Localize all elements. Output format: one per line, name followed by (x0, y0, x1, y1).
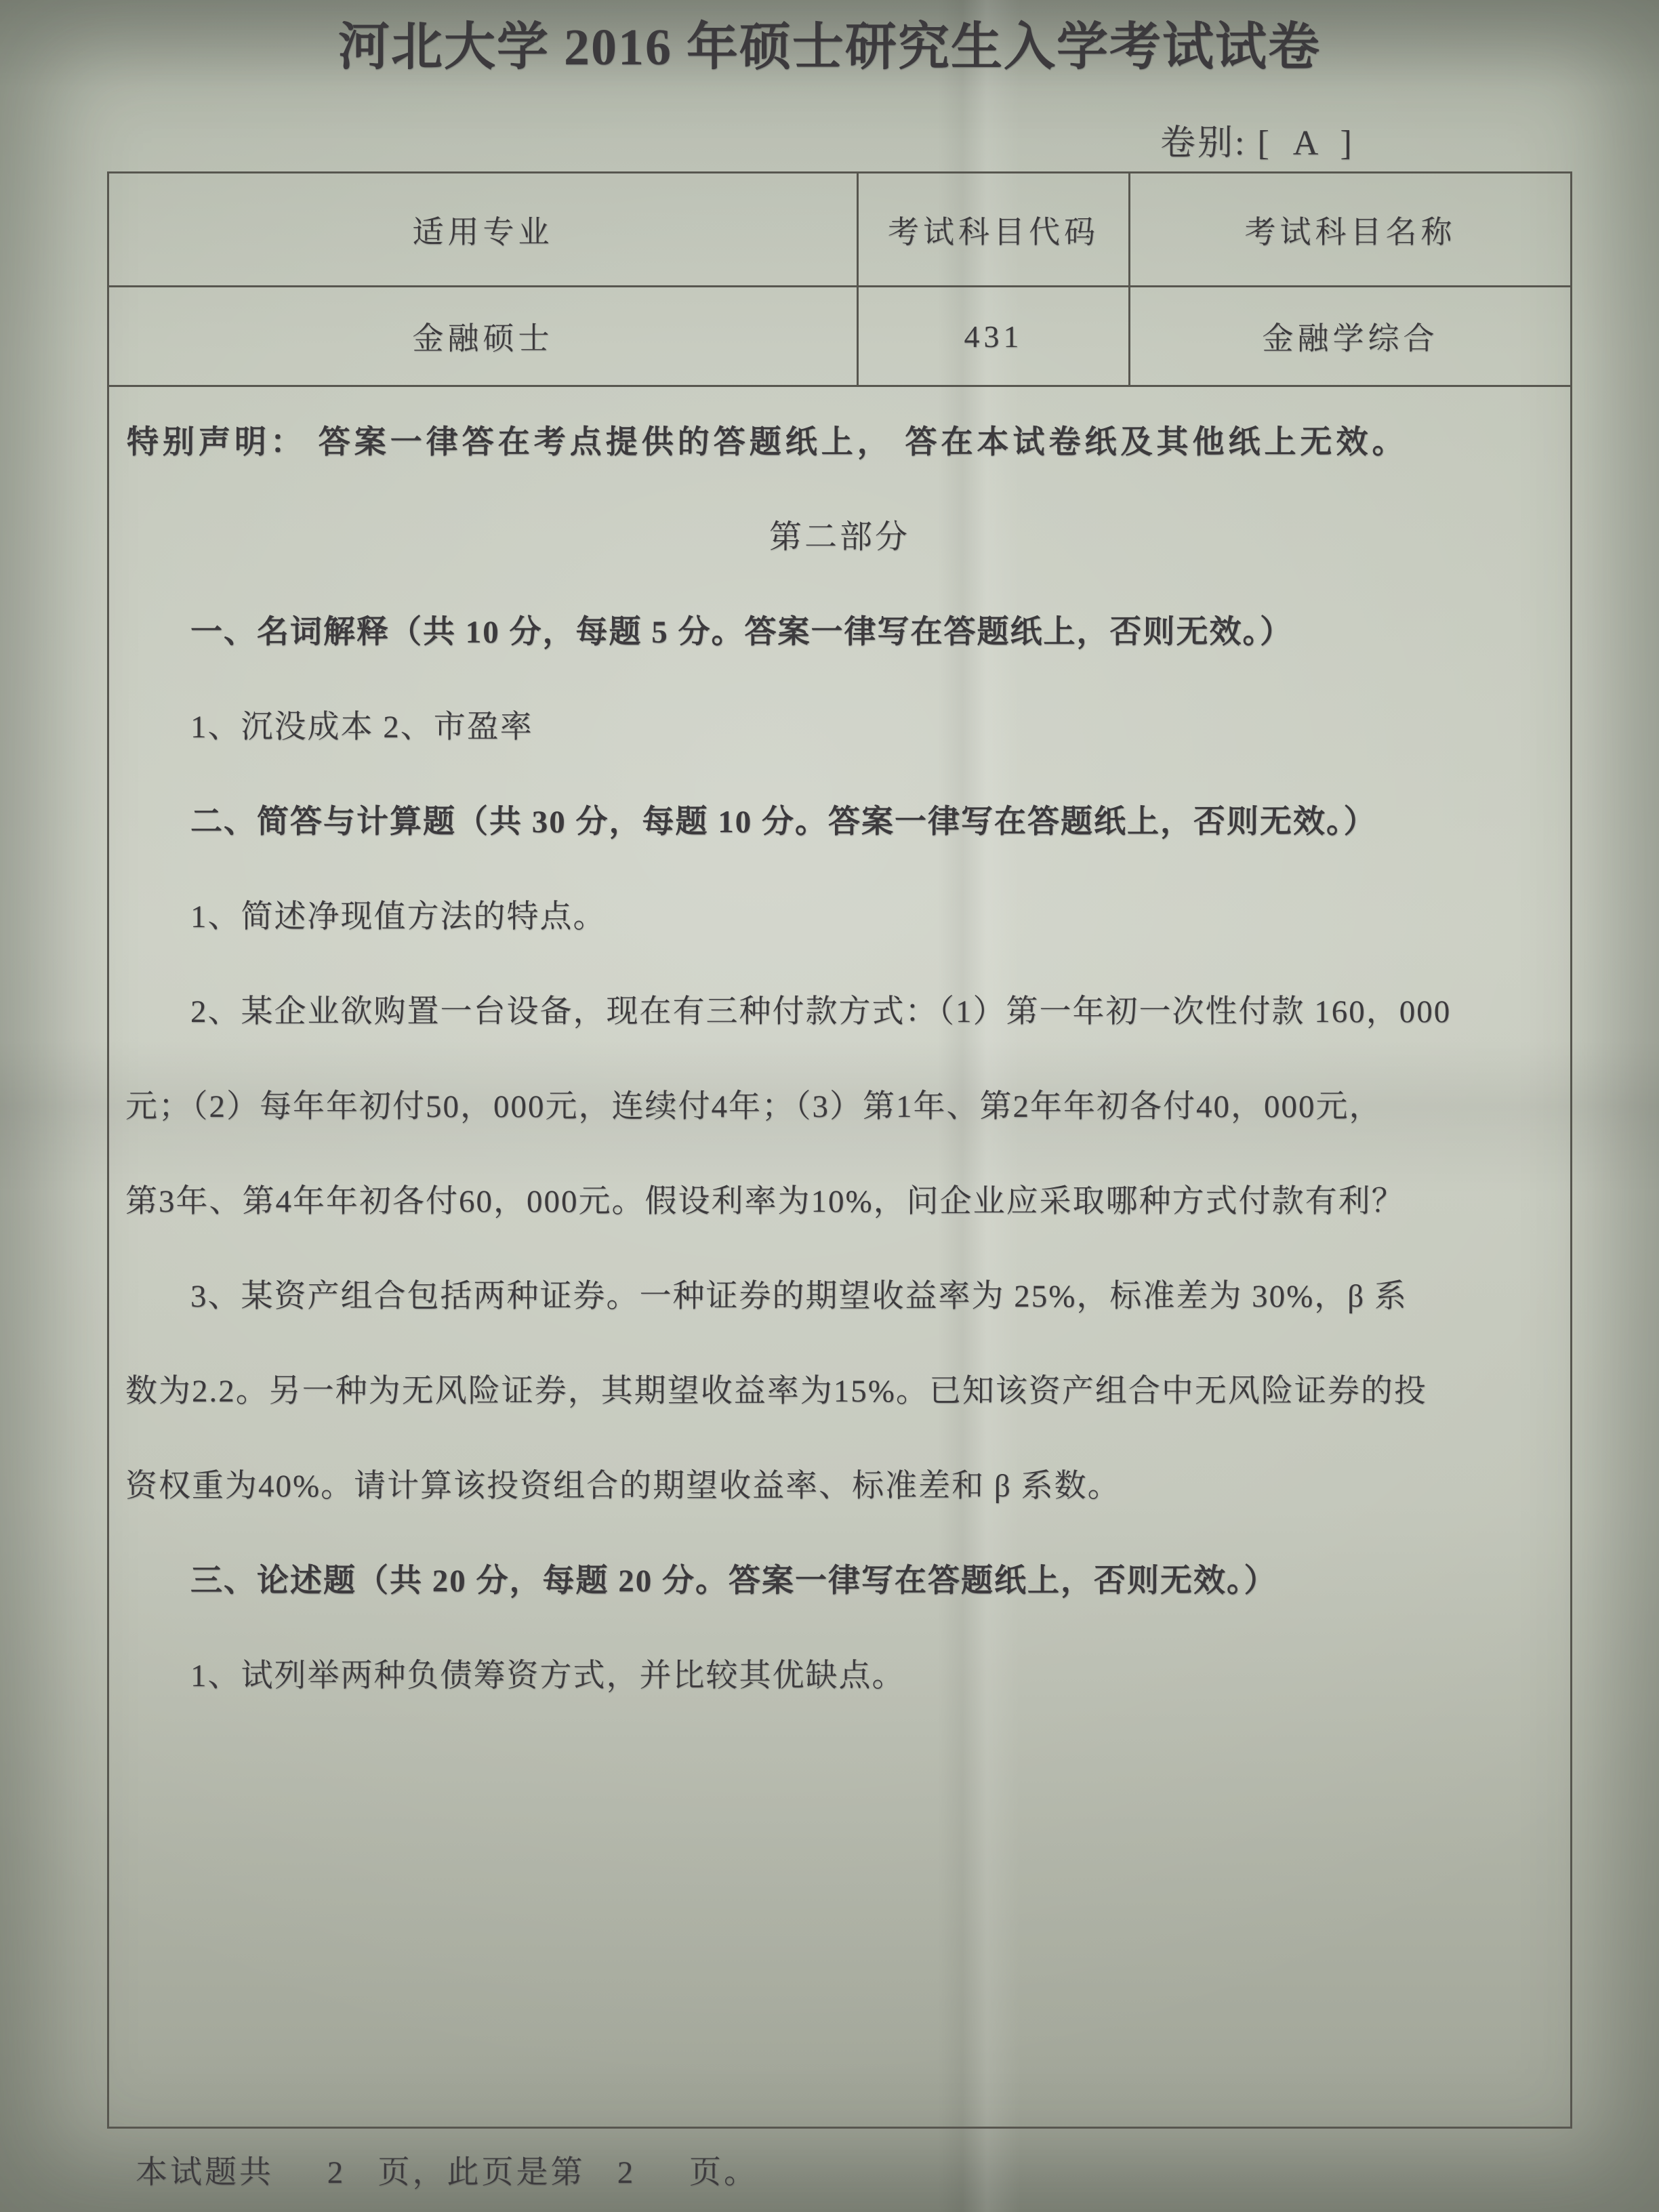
page-title: 河北大学 2016 年硕士研究生入学考试试卷 (0, 5, 1659, 79)
question-line: 资权重为40%。请计算该投资组合的期望收益率、标准差和 β 系数。 (109, 1439, 1570, 1534)
question-line: 3、某资产组合包括两种证券。一种证券的期望收益率为 25%，标准差为 30%，β… (109, 1249, 1570, 1344)
question-line: 数为2.2。另一种为无风险证券，其期望收益率为15%。已知该资产组合中无风险证券… (109, 1344, 1570, 1439)
table-header-subject-code: 考试科目代码 (859, 173, 1130, 287)
page-count-footer: 本试题共 2 页，此页是第 2 页。 (136, 2147, 758, 2192)
special-statement: 特别声明： 答案一律答在考点提供的答题纸上， 答在本试卷纸及其他纸上无效。 (109, 395, 1570, 490)
subject-info-table: 适用专业 考试科目代码 考试科目名称 金融硕士 431 金融学综合 (109, 173, 1570, 387)
table-cell-major: 金融硕士 (109, 287, 859, 385)
section-heading-3: 三、论述题（共 20 分，每题 20 分。答案一律写在答题纸上，否则无效。） (109, 1534, 1570, 1629)
table-cell-subject-code: 431 (859, 287, 1130, 385)
question-line: 2、某企业欲购置一台设备，现在有三种付款方式：（1）第一年初一次性付款 160，… (109, 964, 1570, 1059)
question-line: 1、试列举两种负债筹资方式，并比较其优缺点。 (109, 1629, 1570, 1723)
paper-variant-label: 卷别: (1160, 124, 1246, 163)
question-line: 1、沉没成本 2、市盈率 (109, 680, 1570, 775)
exam-content-box: 适用专业 考试科目代码 考试科目名称 金融硕士 431 金融学综合 特别声明： … (107, 171, 1572, 2129)
question-line: 1、简述净现值方法的特点。 (109, 869, 1570, 964)
table-header-major: 适用专业 (109, 173, 859, 287)
paper-variant-value: [ A ] (1257, 124, 1353, 163)
section-heading-2: 二、简答与计算题（共 30 分，每题 10 分。答案一律写在答题纸上，否则无效。… (109, 775, 1570, 869)
table-cell-subject-name: 金融学综合 (1130, 287, 1570, 385)
section-heading-1: 一、名词解释（共 10 分，每题 5 分。答案一律写在答题纸上，否则无效。） (109, 585, 1570, 680)
table-header-subject-name: 考试科目名称 (1130, 173, 1570, 287)
paper-variant: 卷别: [ A ] (1160, 114, 1354, 165)
question-line: 元；（2）每年年初付50，000元，连续付4年；（3）第1年、第2年年初各付40… (109, 1059, 1570, 1154)
exam-paper-photo: 河北大学 2016 年硕士研究生入学考试试卷 卷别: [ A ] 适用专业 考试… (0, 0, 1659, 2212)
part-heading: 第二部分 (109, 490, 1570, 585)
question-line: 第3年、第4年年初各付60，000元。假设利率为10%，问企业应采取哪种方式付款… (109, 1154, 1570, 1249)
